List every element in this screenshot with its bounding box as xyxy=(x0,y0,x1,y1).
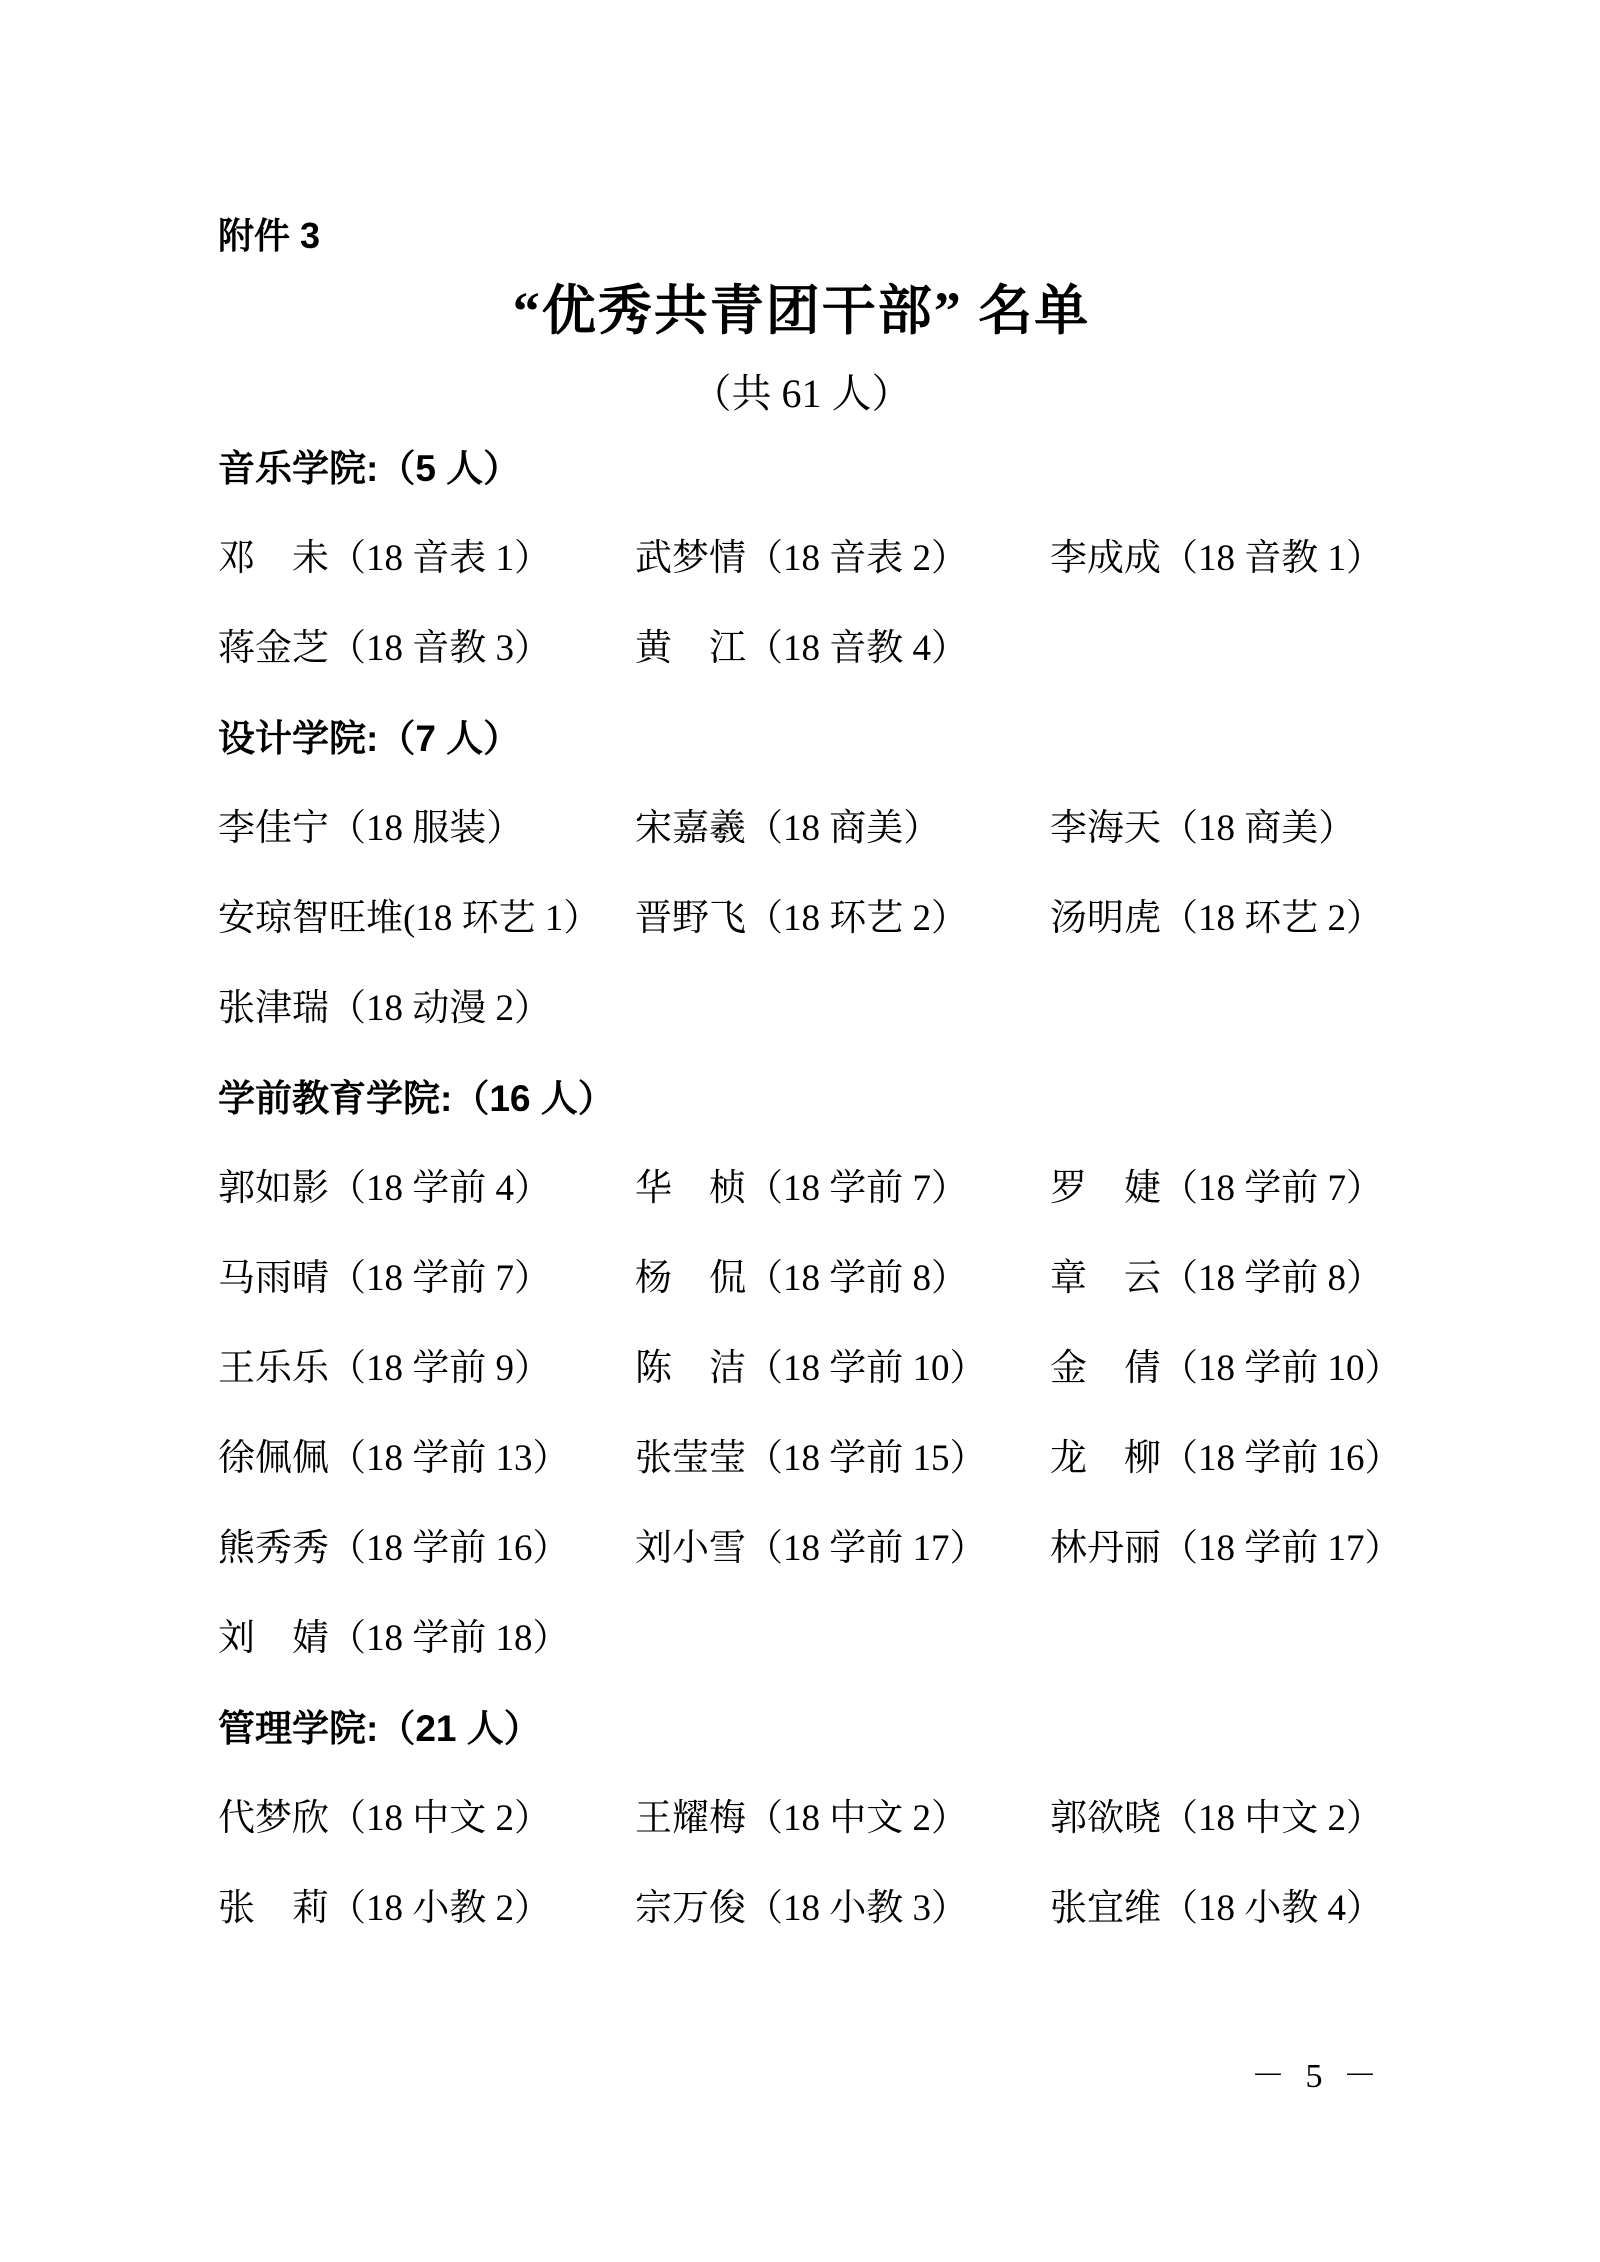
roster-entry: 华 桢（18 学前 7） xyxy=(635,1168,1050,1258)
roster-row: 熊秀秀（18 学前 16）刘小雪（18 学前 17）林丹丽（18 学前 17） xyxy=(218,1528,1385,1618)
section-heading: 管理学院:（21 人） xyxy=(218,1708,1385,1798)
roster-entry: 龙 柳（18 学前 16） xyxy=(1050,1438,1402,1528)
roster-entry: 张宜维（18 小教 4） xyxy=(1050,1888,1385,1978)
roster-entry: 郭如影（18 学前 4） xyxy=(218,1168,635,1258)
roster-entry: 熊秀秀（18 学前 16） xyxy=(218,1528,635,1618)
roster-entry: 李佳宁（18 服装） xyxy=(218,808,635,898)
roster-entry: 安琼智旺堆(18 环艺 1） xyxy=(218,898,635,988)
section-heading: 学前教育学院:（16 人） xyxy=(218,1078,1385,1168)
attachment-label: 附件 3 xyxy=(218,218,1385,254)
roster-row: 王乐乐（18 学前 9）陈 洁（18 学前 10）金 倩（18 学前 10） xyxy=(218,1348,1385,1438)
roster-entry: 张 莉（18 小教 2） xyxy=(218,1888,635,1978)
section-heading: 设计学院:（7 人） xyxy=(218,718,1385,808)
roster-entry: 罗 婕（18 学前 7） xyxy=(1050,1168,1385,1258)
roster-row: 安琼智旺堆(18 环艺 1）晋野飞（18 环艺 2）汤明虎（18 环艺 2） xyxy=(218,898,1385,988)
roster-entry: 徐佩佩（18 学前 13） xyxy=(218,1438,635,1528)
document-title: “优秀共青团干部” 名单 xyxy=(218,284,1385,338)
roster-entry: 邓 未（18 音表 1） xyxy=(218,538,635,628)
roster-entry: 代梦欣（18 中文 2） xyxy=(218,1798,635,1888)
roster-row: 代梦欣（18 中文 2）王耀梅（18 中文 2）郭欲晓（18 中文 2） xyxy=(218,1798,1385,1888)
document-subtitle: （共 61 人） xyxy=(218,374,1385,414)
roster-row: 刘 婧（18 学前 18） xyxy=(218,1618,1385,1708)
roster-entry: 武梦情（18 音表 2） xyxy=(635,538,1050,628)
roster-entry: 杨 侃（18 学前 8） xyxy=(635,1258,1050,1348)
page-number: － 5 － xyxy=(1251,2060,1383,2094)
roster-entry: 黄 江（18 音教 4） xyxy=(635,628,1050,718)
roster-entry: 马雨晴（18 学前 7） xyxy=(218,1258,635,1348)
roster-entry: 张莹莹（18 学前 15） xyxy=(635,1438,1050,1528)
roster-entry: 李海天（18 商美） xyxy=(1050,808,1385,898)
roster-entry: 章 云（18 学前 8） xyxy=(1050,1258,1385,1348)
roster-entry: 宋嘉羲（18 商美） xyxy=(635,808,1050,898)
roster-row: 张津瑞（18 动漫 2） xyxy=(218,988,1385,1078)
document-page: 附件 3 “优秀共青团干部” 名单 （共 61 人） 音乐学院:（5 人）邓 未… xyxy=(0,0,1600,2262)
roster-entry: 王耀梅（18 中文 2） xyxy=(635,1798,1050,1888)
roster-row: 郭如影（18 学前 4）华 桢（18 学前 7）罗 婕（18 学前 7） xyxy=(218,1168,1385,1258)
roster-sections: 音乐学院:（5 人）邓 未（18 音表 1）武梦情（18 音表 2）李成成（18… xyxy=(218,448,1385,1978)
roster-entry: 李成成（18 音教 1） xyxy=(1050,538,1385,628)
roster-row: 张 莉（18 小教 2）宗万俊（18 小教 3）张宜维（18 小教 4） xyxy=(218,1888,1385,1978)
roster-row: 邓 未（18 音表 1）武梦情（18 音表 2）李成成（18 音教 1） xyxy=(218,538,1385,628)
roster-entry: 晋野飞（18 环艺 2） xyxy=(635,898,1050,988)
roster-entry: 金 倩（18 学前 10） xyxy=(1050,1348,1402,1438)
roster-entry: 刘 婧（18 学前 18） xyxy=(218,1618,635,1708)
roster-entry: 郭欲晓（18 中文 2） xyxy=(1050,1798,1385,1888)
roster-entry: 林丹丽（18 学前 17） xyxy=(1050,1528,1402,1618)
roster-entry: 宗万俊（18 小教 3） xyxy=(635,1888,1050,1978)
roster-entry: 蒋金芝（18 音教 3） xyxy=(218,628,635,718)
roster-entry: 陈 洁（18 学前 10） xyxy=(635,1348,1050,1438)
roster-row: 马雨晴（18 学前 7）杨 侃（18 学前 8）章 云（18 学前 8） xyxy=(218,1258,1385,1348)
roster-row: 徐佩佩（18 学前 13）张莹莹（18 学前 15）龙 柳（18 学前 16） xyxy=(218,1438,1385,1528)
roster-row: 李佳宁（18 服装）宋嘉羲（18 商美）李海天（18 商美） xyxy=(218,808,1385,898)
roster-entry: 王乐乐（18 学前 9） xyxy=(218,1348,635,1438)
roster-entry: 刘小雪（18 学前 17） xyxy=(635,1528,1050,1618)
roster-entry: 汤明虎（18 环艺 2） xyxy=(1050,898,1385,988)
section-heading: 音乐学院:（5 人） xyxy=(218,448,1385,538)
roster-row: 蒋金芝（18 音教 3）黄 江（18 音教 4） xyxy=(218,628,1385,718)
roster-entry: 张津瑞（18 动漫 2） xyxy=(218,988,635,1078)
